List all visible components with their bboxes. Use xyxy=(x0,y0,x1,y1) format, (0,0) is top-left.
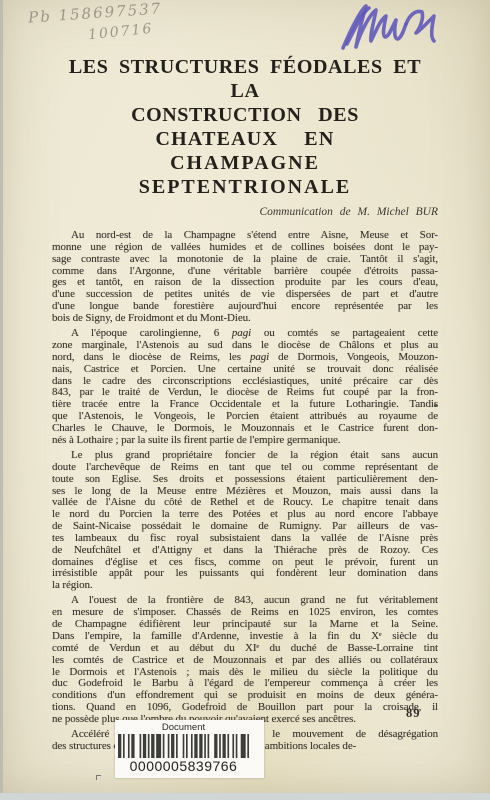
scan-edge-bottom xyxy=(0,793,490,800)
barcode-label: Document xyxy=(117,721,250,734)
page-number: 89 xyxy=(406,706,421,721)
article-text: Au nord-est de la Champagne s'étend entr… xyxy=(52,230,438,753)
title-line: CHAMPAGNE SEPTENTRIONALE xyxy=(52,151,438,199)
paper-speck xyxy=(434,404,437,407)
barcode-sticker: Document 0000005839766 xyxy=(115,720,264,778)
text-line: bois de Signy, de Froidmont et du Mont-D… xyxy=(52,313,438,325)
title-line: CHATEAUX EN xyxy=(52,127,438,151)
paragraph: Au nord-est de la Champagne s'étend entr… xyxy=(52,230,438,325)
page-title: LES STRUCTURES FÉODALES ET LA CONSTRUCTI… xyxy=(52,55,438,199)
page-body: LES STRUCTURES FÉODALES ET LA CONSTRUCTI… xyxy=(0,0,490,800)
title-line: CONSTRUCTION DES xyxy=(52,103,438,127)
barcode-number: 0000005839766 xyxy=(117,758,250,774)
scan-edge-left xyxy=(0,0,3,800)
title-line: LES STRUCTURES FÉODALES ET LA xyxy=(52,55,438,103)
paragraph: A l'époque carolingienne, 6 pagi ou comt… xyxy=(52,328,438,446)
barcode-icon xyxy=(118,734,249,758)
barcode-sticker-inner: Document 0000005839766 xyxy=(117,720,250,778)
scanned-page: Pb 158697537 100716 LES STRUCTURES FÉODA… xyxy=(0,0,490,800)
text-line: la région. xyxy=(52,580,438,592)
paragraph: Le plus grand propriétaire foncier de la… xyxy=(52,450,438,592)
stray-mark xyxy=(96,775,101,780)
text-line: nés à Lothaire ; par la suite ils firent… xyxy=(52,435,438,447)
author-byline: Communication de M. Michel BUR xyxy=(52,206,438,218)
text-line: irrésistible appât pour les puissants qu… xyxy=(52,568,438,580)
paragraph: A l'ouest de la frontière de 843, aucun … xyxy=(52,595,438,725)
